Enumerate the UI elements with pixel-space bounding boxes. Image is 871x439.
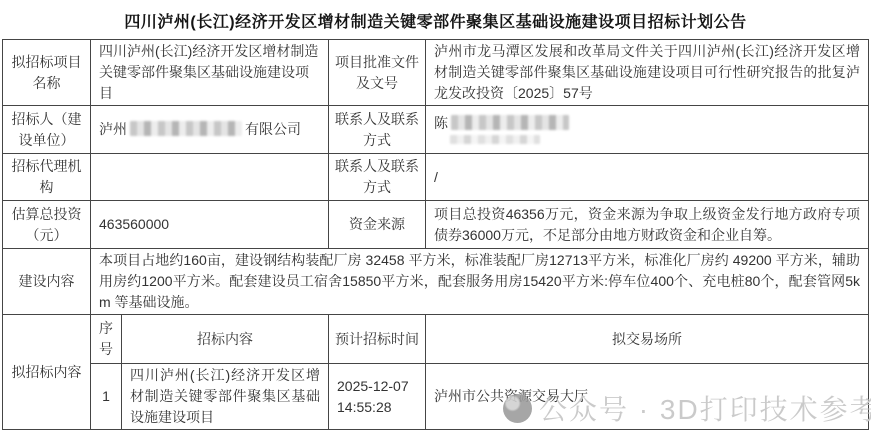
header-venue: 拟交易场所 (426, 315, 869, 364)
row-investment: 估算总投资（元） 463560000 资金来源 项目总投资46356万元，资金来… (3, 201, 869, 249)
label-tender-content: 拟招标内容 (3, 315, 91, 430)
item-seq: 1 (91, 364, 122, 430)
label-agency-contact: 联系人及联系方式 (329, 154, 426, 201)
row-construction: 建设内容 本项目占地约160亩，建设钢结构装配厂房 32458 平方米，标准装配… (3, 249, 869, 315)
label-agency: 招标代理机构 (3, 154, 91, 201)
item-venue: 泸州市公共资源交易大厅 (426, 364, 869, 430)
label-approval-doc: 项目批准文件及文号 (329, 40, 426, 106)
row-tenderer: 招标人（建设单位） 泸州有限公司 联系人及联系方式 陈 (3, 106, 869, 154)
value-tenderer-contact: 陈 (426, 106, 869, 154)
value-agency-contact: / (426, 154, 869, 201)
label-construction: 建设内容 (3, 249, 91, 315)
item-time: 2025-12-07 14:55:28 (329, 364, 426, 430)
row-tender-item: 1 四川泸州(长江)经济开发区增材制造关键零部件聚集区基础设施建设项目 2025… (3, 364, 869, 430)
label-investment: 估算总投资（元） (3, 201, 91, 249)
label-tenderer: 招标人（建设单位） (3, 106, 91, 154)
contact-name-prefix: 陈 (434, 115, 448, 131)
value-construction: 本项目占地约160亩，建设钢结构装配厂房 32458 平方米，标准装配厂房127… (91, 249, 869, 315)
value-approval-doc: 泸州市龙马潭区发展和改革局文件关于四川泸州(长江)经济开发区增材制造关键零部件聚… (426, 40, 869, 106)
tender-plan-table: 拟招标项目名称 四川泸州(长江)经济开发区增材制造关键零部件聚集区基础设施建设项… (2, 39, 869, 430)
redacted-contact-info-2 (450, 135, 540, 144)
company-name-suffix: 有限公司 (245, 121, 301, 137)
header-content: 招标内容 (122, 315, 329, 364)
value-agency (91, 154, 329, 201)
company-name-prefix: 泸州 (99, 121, 127, 137)
contact-line-2 (434, 134, 860, 146)
label-fund-source: 资金来源 (329, 201, 426, 249)
row-project-name: 拟招标项目名称 四川泸州(长江)经济开发区增材制造关键零部件聚集区基础设施建设项… (3, 40, 869, 106)
redacted-company-name (130, 121, 242, 136)
header-time: 预计招标时间 (329, 315, 426, 364)
label-project-name: 拟招标项目名称 (3, 40, 91, 106)
label-tenderer-contact: 联系人及联系方式 (329, 106, 426, 154)
value-project-name: 四川泸州(长江)经济开发区增材制造关键零部件聚集区基础设施建设项目 (91, 40, 329, 106)
value-investment: 463560000 (91, 201, 329, 249)
value-fund-source: 项目总投资46356万元，资金来源为争取上级资金发行地方政府专项债券36000万… (426, 201, 869, 249)
value-tenderer-company: 泸州有限公司 (91, 106, 329, 154)
header-seq: 序号 (91, 315, 122, 364)
redacted-contact-info (451, 115, 569, 130)
row-tender-header: 拟招标内容 序号 招标内容 预计招标时间 拟交易场所 (3, 315, 869, 364)
contact-line-1: 陈 (434, 113, 860, 134)
item-content: 四川泸州(长江)经济开发区增材制造关键零部件聚集区基础设施建设项目 (122, 364, 329, 430)
row-agency: 招标代理机构 联系人及联系方式 / (3, 154, 869, 201)
announcement-page: 四川泸州(长江)经济开发区增材制造关键零部件聚集区基础设施建设项目招标计划公告 … (0, 9, 871, 430)
page-title: 四川泸州(长江)经济开发区增材制造关键零部件聚集区基础设施建设项目招标计划公告 (4, 9, 867, 32)
